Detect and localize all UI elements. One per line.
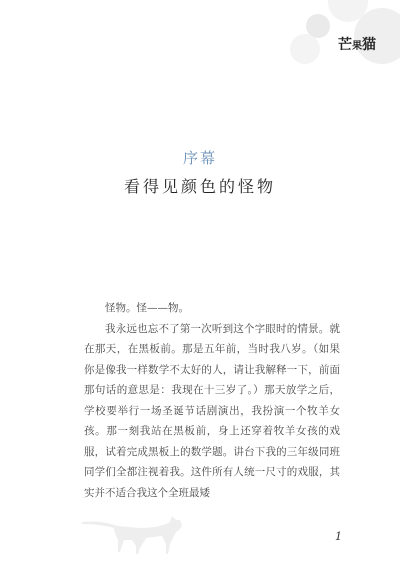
bubble-icon (290, 34, 320, 64)
chapter-label: 序幕 (0, 147, 400, 168)
logo-char: 猫 (362, 37, 376, 53)
chapter-heading: 序幕 看得见颜色的怪物 (0, 147, 400, 197)
logo-char: 芒 (338, 37, 352, 53)
page-number: 1 (335, 530, 342, 543)
cat-silhouette-icon (80, 500, 200, 560)
logo-char: 果 (352, 41, 362, 52)
body-text: 怪物。怪——物。 我永远也忘不了第一次听到这个字眼时的情景。就在那天，在黑板前。… (84, 298, 340, 503)
paragraph: 怪物。怪——物。 (84, 298, 340, 319)
decorative-bubbles (270, 0, 400, 60)
chapter-title: 看得见颜色的怪物 (0, 174, 400, 197)
paragraph: 我永远也忘不了第一次听到这个字眼时的情景。就在那天，在黑板前。那是五年前，当时我… (84, 319, 340, 504)
publisher-logo: 芒果猫 (338, 34, 376, 54)
